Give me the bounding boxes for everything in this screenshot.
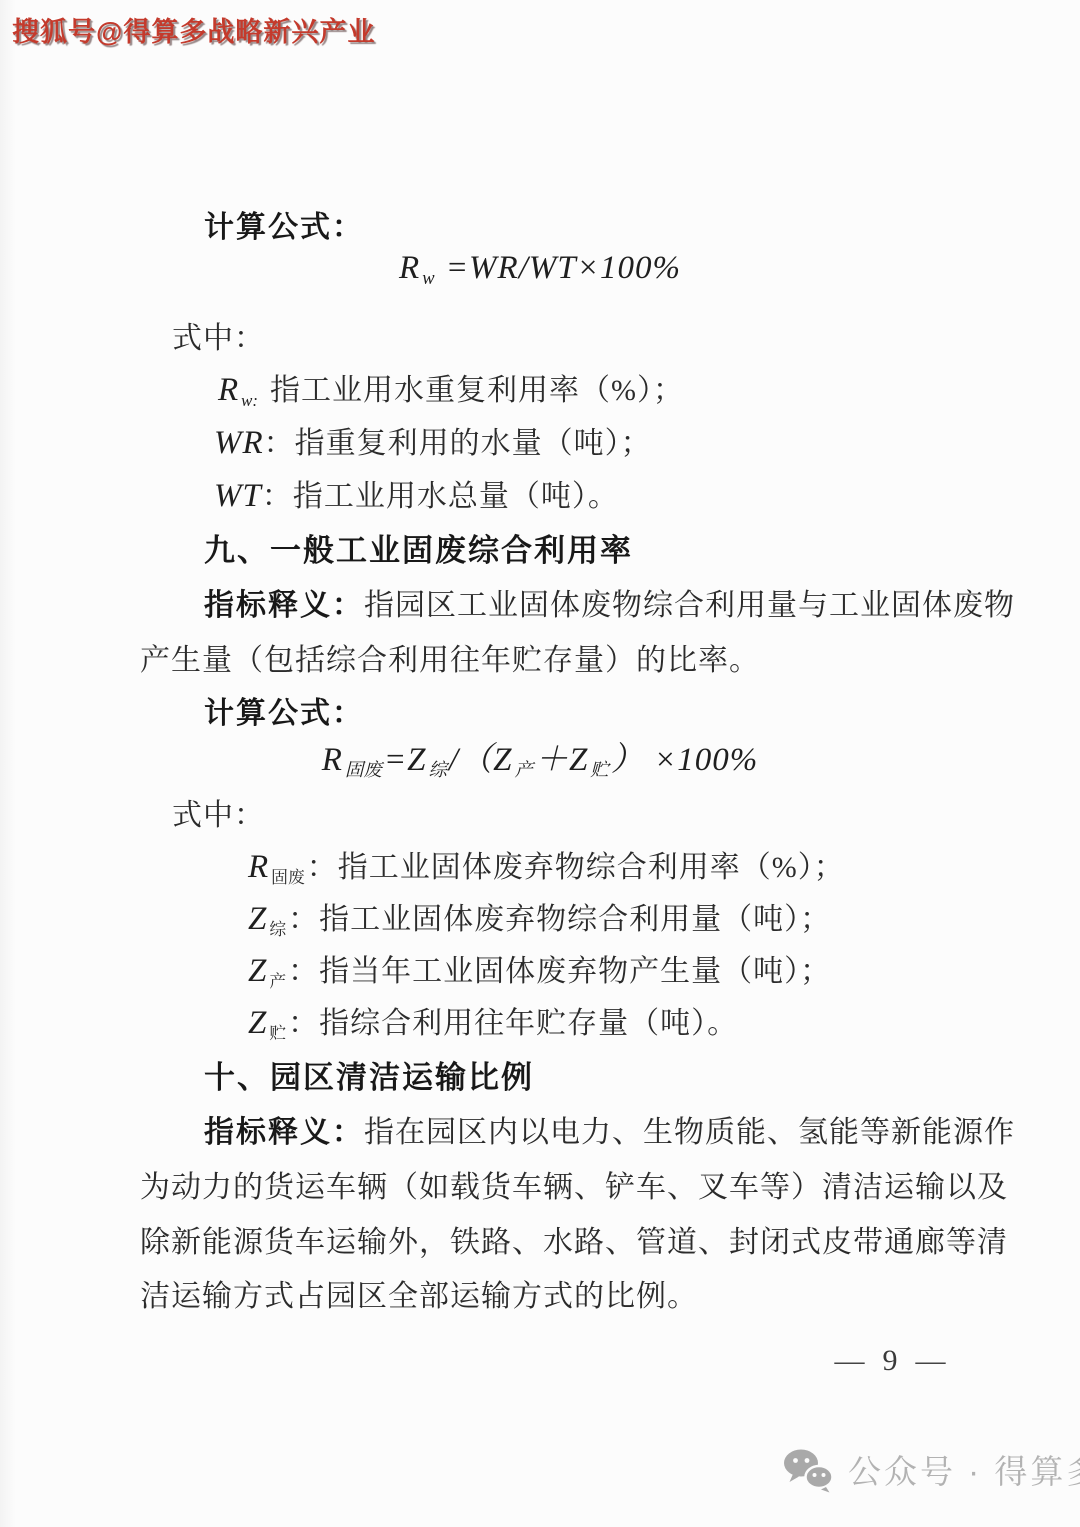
paragraph-line: 产生量（包括综合利用往年贮存量）的比率。 <box>140 635 760 679</box>
definition-line: R固废：指工业固体废弃物综合利用率（%）； <box>248 842 845 888</box>
term-definition: ：指当年工业固体废弃物产生量（吨）； <box>288 955 831 988</box>
where-label-water: 式中： <box>172 313 265 357</box>
watermark-wechat-text: 公众号 · 得算多 <box>848 1446 1080 1493</box>
formula-label-water: 计算公式： <box>204 202 364 246</box>
formula-label-solid-waste: 计算公式： <box>204 688 364 732</box>
term-symbol: Z <box>248 953 267 989</box>
formula-subscript: w <box>422 268 434 288</box>
page-number-value: 9 <box>883 1344 898 1377</box>
definition-line: Rw:指工业用水重复利用率（%）； <box>218 365 684 411</box>
page-number-dash: — <box>835 1344 865 1377</box>
definition-line: WT：指工业用水总量（吨）。 <box>214 471 619 515</box>
paragraph-line: 指标释义：指园区工业固体废物综合利用量与工业固体废物 <box>204 580 1015 624</box>
where-label-solid-waste: 式中： <box>172 790 265 834</box>
term-subscript: 综 <box>269 920 286 939</box>
definition-line: Z产：指当年工业固体废弃物产生量（吨）； <box>248 946 831 992</box>
definition-line: Z综：指工业固体废弃物综合利用量（吨）； <box>248 894 831 940</box>
formula-body: =WR/WT×100% <box>437 250 681 286</box>
formula-water-reuse: Rw =WR/WT×100% <box>0 250 1080 289</box>
paragraph-line: 为动力的货运车辆（如载货车辆、铲车、叉车等）清洁运输以及 <box>140 1162 1008 1206</box>
section-heading-10: 十、园区清洁运输比例 <box>204 1052 534 1097</box>
term-definition: ：指重复利用的水量（吨）； <box>264 427 652 460</box>
page-number: —9— <box>790 1344 990 1378</box>
definition-label: 指标释义： <box>204 589 364 622</box>
term-definition: ：指综合利用往年贮存量（吨）。 <box>288 1007 738 1040</box>
page-number-dash: — <box>916 1344 946 1377</box>
paragraph-text: 指在园区内以电力、生物质能、氢能等新能源作 <box>364 1116 1015 1149</box>
definition-label: 指标释义： <box>204 1116 364 1149</box>
formula-symbol: R <box>322 742 343 778</box>
term-definition: ：指工业固体废弃物综合利用量（吨）； <box>288 903 831 936</box>
term-symbol: WT <box>214 478 262 514</box>
formula-body: ） ×100% <box>611 742 759 778</box>
paragraph-line: 洁运输方式占园区全部运输方式的比例。 <box>140 1271 698 1315</box>
term-symbol: R <box>218 372 239 408</box>
document-page: 搜狐号@得算多战略新兴产业 计算公式： Rw =WR/WT×100% 式中： R… <box>0 0 1080 1527</box>
term-symbol: R <box>248 849 269 885</box>
definition-line: Z贮：指综合利用往年贮存量（吨）。 <box>248 998 738 1044</box>
wechat-icon <box>782 1447 836 1493</box>
term-symbol: Z <box>248 901 267 937</box>
formula-body: ＋Z <box>535 742 588 778</box>
term-subscript: 固废 <box>271 868 305 887</box>
term-definition: ：指工业固体废弃物综合利用率（%）； <box>307 851 845 884</box>
definition-line: WR：指重复利用的水量（吨）； <box>214 418 652 462</box>
term-definition: ：指工业用水总量（吨）。 <box>262 480 619 513</box>
term-subscript: 贮 <box>269 1024 286 1043</box>
formula-body: /（Z <box>449 742 513 778</box>
term-definition: 指工业用水重复利用率（%）； <box>270 374 684 407</box>
formula-subscript: 固废 <box>345 760 382 780</box>
formula-subscript: 综 <box>428 760 446 780</box>
term-symbol: WR <box>214 425 264 461</box>
paragraph-line: 除新能源货车运输外，铁路、水路、管道、封闭式皮带通廊等清 <box>140 1217 1008 1261</box>
watermark-wechat-account: 公众号 · 得算多 <box>782 1446 1080 1493</box>
formula-subscript: 贮 <box>590 760 608 780</box>
formula-solid-waste: R固废=Z综/（Z产＋Z贮） ×100% <box>0 733 1080 782</box>
watermark-sohu-account: 搜狐号@得算多战略新兴产业 <box>12 10 375 49</box>
section-heading-9: 九、一般工业固废综合利用率 <box>204 525 633 570</box>
formula-body: =Z <box>384 742 427 778</box>
formula-symbol: R <box>399 250 420 286</box>
term-subscript: w: <box>241 391 258 410</box>
formula-subscript: 产 <box>514 760 532 780</box>
term-symbol: Z <box>248 1005 267 1041</box>
paragraph-text: 指园区工业固体废物综合利用量与工业固体废物 <box>364 589 1015 622</box>
term-subscript: 产 <box>269 972 286 991</box>
paragraph-line: 指标释义：指在园区内以电力、生物质能、氢能等新能源作 <box>204 1107 1015 1151</box>
